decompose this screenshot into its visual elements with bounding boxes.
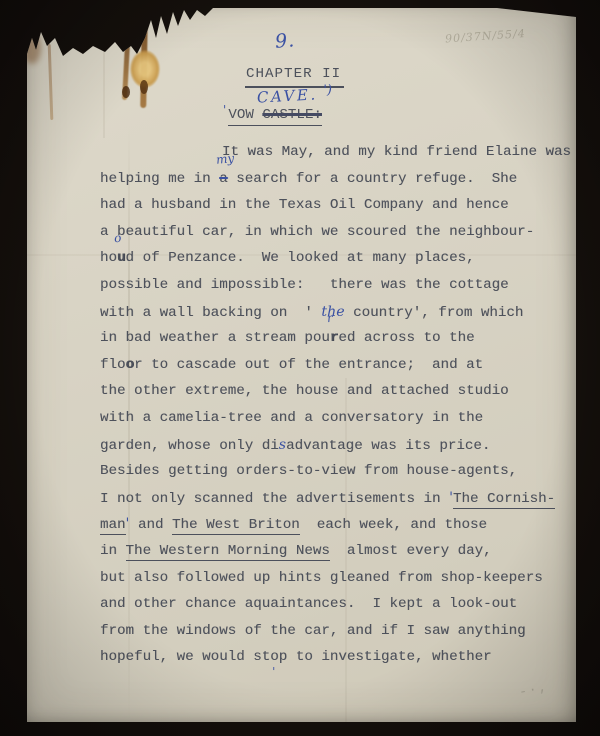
typed-text: o: [270, 649, 279, 665]
handwritten-page-number: 9.: [274, 29, 296, 52]
typescript-line: houod of Penzance. We looked at many pla…: [100, 245, 576, 272]
rust-stain-spot: [140, 80, 148, 94]
typed-text: and other chance aquaintances. I kept a …: [100, 596, 517, 612]
typed-text: search for a country refuge. She: [228, 171, 517, 187]
annotated-text: uo: [117, 245, 126, 272]
typed-text: flo: [100, 357, 126, 373]
title-kept-word: VOW: [228, 107, 262, 123]
typed-text: The West Briton: [172, 517, 300, 535]
typed-text: r: [330, 330, 339, 346]
handwritten-correction: s: [279, 437, 286, 453]
typescript-line: in bad weather a stream pourred across t…: [100, 325, 576, 352]
typed-text: had a husband in the Texas Oil Company a…: [100, 197, 509, 213]
handwritten-open-quote: ': [223, 103, 226, 117]
typed-text: hopeful, we would st: [100, 649, 270, 665]
handwritten-close-quote: '): [323, 83, 332, 98]
typed-text: the other extreme, the house and attache…: [100, 383, 509, 399]
typescript-line: helping me in amy search for a country r…: [100, 166, 576, 193]
typed-text: in: [100, 543, 126, 559]
pencil-archive-reference: 90/37N/55/4: [445, 23, 576, 45]
typed-text: Besides getting orders-to-view from hous…: [100, 463, 517, 479]
typed-text: but also followed up hints gleaned from …: [100, 570, 543, 586]
typed-text: d of Penzance. We looked at many places,: [126, 250, 475, 266]
typed-text: a beautiful car, in which we scoured the…: [100, 224, 534, 240]
typescript-line: the other extreme, the house and attache…: [100, 378, 576, 405]
typescript-body: It was May, and my kind friend Elaine wa…: [100, 139, 576, 671]
typed-text: r to cascade out of the entrance; and at: [134, 357, 483, 373]
typed-text: o: [126, 357, 135, 373]
typed-text: ho: [100, 250, 117, 266]
typescript-line: a beautiful car, in which we scoured the…: [100, 219, 576, 246]
typed-text: and: [129, 517, 172, 533]
typescript-line: hopeful, we would sto'p to investigate, …: [100, 644, 576, 671]
typed-text: p to investigate, whether: [279, 649, 492, 665]
manuscript-page: 9. 90/37N/55/4 CHAPTER II 'VOW CASTLE: C…: [27, 8, 576, 722]
handwritten-correction: r: [326, 312, 333, 325]
typed-text: each week, and those: [300, 517, 487, 533]
typescript-line: had a husband in the Texas Oil Company a…: [100, 192, 576, 219]
typed-text: ed across to the: [338, 330, 474, 346]
typed-text: I not only scanned the advertisements in: [100, 491, 449, 507]
typescript-line: floor to cascade out of the entrance; an…: [100, 352, 576, 379]
rust-stain-streak: [48, 44, 54, 120]
typescript-line: It was May, and my kind friend Elaine wa…: [100, 139, 576, 166]
rust-stain-spot: [122, 86, 130, 98]
typescript-line: and other chance aquaintances. I kept a …: [100, 591, 576, 618]
handwritten-correction: a: [219, 171, 228, 187]
chapter-title: 'VOW CASTLE: CAVE. '): [223, 107, 322, 123]
typed-text: from the windows of the car, and if I sa…: [100, 623, 526, 639]
title-struck-word: CASTLE:: [262, 107, 322, 123]
typescript-line: possible and impossible: there was the c…: [100, 272, 576, 299]
typescript-line: I not only scanned the advertisements in…: [100, 485, 576, 512]
typed-text: with a camelia-tree and a conversatory i…: [100, 410, 483, 426]
typescript-line: from the windows of the car, and if I sa…: [100, 618, 576, 645]
typed-text: u: [117, 250, 126, 266]
annotated-text: rr: [330, 325, 339, 352]
annotated-text: o': [270, 644, 279, 671]
handwritten-title-correction: CAVE.: [257, 85, 318, 106]
typed-text: possible and impossible: there was the c…: [100, 277, 509, 293]
typed-text: in bad weather a stream pou: [100, 330, 330, 346]
typed-text: almost every day,: [330, 543, 492, 559]
typescript-line: Besides getting orders-to-view from hous…: [100, 458, 576, 485]
typescript-line: garden, whose only disadvantage was its …: [100, 432, 576, 459]
annotated-text: amy: [219, 166, 228, 193]
handwritten-correction: ': [272, 667, 275, 677]
typed-text: with a wall backing on ': [100, 305, 321, 321]
typed-text: man: [100, 517, 126, 535]
typescript-line: man' and The West Briton each week, and …: [100, 511, 576, 538]
typed-text: The Cornish-: [453, 491, 555, 509]
pencil-squiggle-mark: -·,: [518, 679, 550, 700]
handwritten-correction: my: [216, 152, 235, 166]
typed-text: advantage was its price.: [286, 438, 490, 454]
typescript-line: but also followed up hints gleaned from …: [100, 565, 576, 592]
typed-text: country', from which: [345, 305, 524, 321]
typed-text: helping me in: [100, 171, 219, 187]
wax-stain-blob: [130, 50, 160, 88]
typed-text: garden, whose only di: [100, 438, 279, 454]
typed-text: The Western Morning News: [126, 543, 330, 561]
typescript-line: in The Western Morning News almost every…: [100, 538, 576, 565]
typed-title: VOW CASTLE:: [228, 107, 322, 126]
typescript-line: with a camelia-tree and a conversatory i…: [100, 405, 576, 432]
handwritten-correction: o: [113, 232, 121, 245]
typescript-line: with a wall backing on ' the country', f…: [100, 299, 576, 326]
typed-text: It was May, and my kind friend Elaine wa…: [222, 144, 571, 160]
